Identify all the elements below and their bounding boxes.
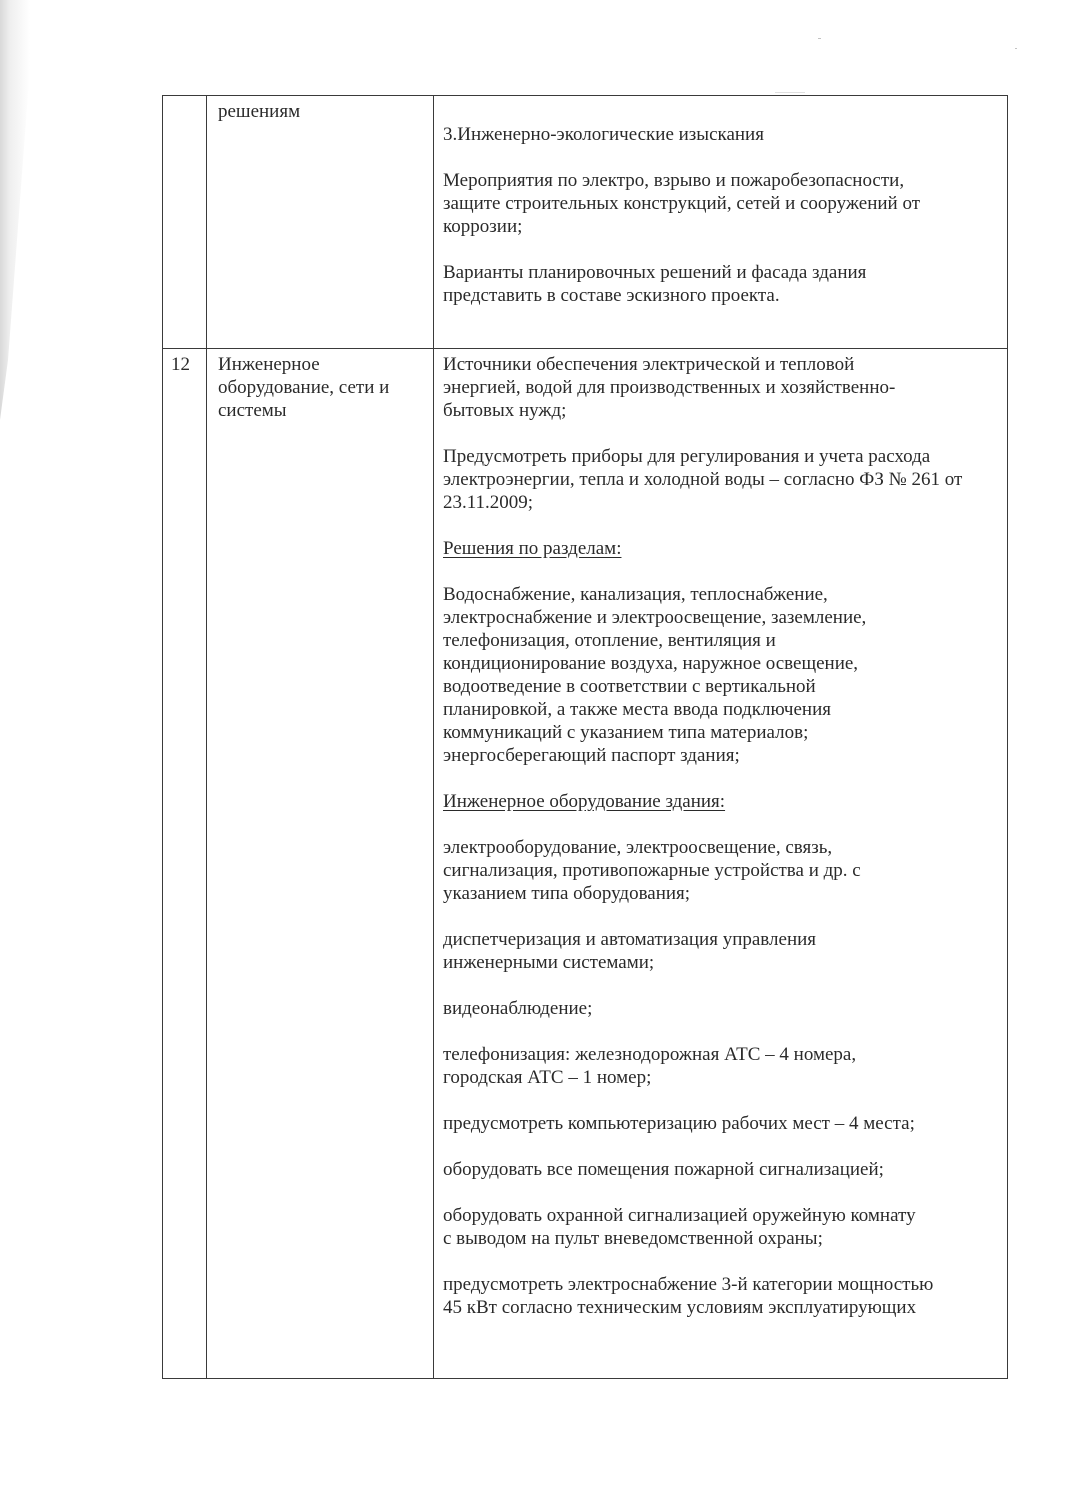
paragraph-gap	[443, 100, 999, 123]
paragraph: оборудовать все помещения пожарной сигна…	[443, 1158, 999, 1181]
paragraph-gap	[443, 238, 999, 261]
text-line: бытовых нужд;	[443, 399, 999, 422]
text-line: Варианты планировочных решений и фасада …	[443, 261, 999, 284]
text-line: электрооборудование, электроосвещение, с…	[443, 836, 999, 859]
section-heading: Решения по разделам:	[443, 537, 999, 560]
text-line: электроэнергии, тепла и холодной воды – …	[443, 468, 999, 491]
paragraph: Мероприятия по электро, взрыво и пожароб…	[443, 169, 999, 238]
paragraph: Предусмотреть приборы для регулирования …	[443, 445, 999, 514]
paragraph-gap	[443, 813, 999, 836]
text-line: 3.Инженерно-экологические изыскания	[443, 123, 999, 146]
scan-speck	[818, 38, 821, 39]
text-line: Предусмотреть приборы для регулирования …	[443, 445, 999, 468]
text-line: оборудование, сети и	[218, 376, 425, 399]
row-name-text: Инженерноеоборудование, сети исистемы	[218, 353, 425, 422]
paragraph-gap	[443, 1250, 999, 1273]
paragraph: предусмотреть компьютеризацию рабочих ме…	[443, 1112, 999, 1135]
paragraph: Водоснабжение, канализация, теплоснабжен…	[443, 583, 999, 767]
text-line: диспетчеризация и автоматизация управлен…	[443, 928, 999, 951]
text-line: представить в составе эскизного проекта.	[443, 284, 999, 307]
scan-speck	[1015, 48, 1017, 49]
text-line: коррозии;	[443, 215, 999, 238]
text-line: кондиционирование воздуха, наружное осве…	[443, 652, 999, 675]
requirements-table: решениям 3.Инженерно-экологические изыск…	[162, 95, 1008, 1379]
paragraph: оборудовать охранной сигнализацией оруже…	[443, 1204, 999, 1250]
text-line: Инженерное	[218, 353, 425, 376]
paragraph: Варианты планировочных решений и фасада …	[443, 261, 999, 307]
row-number-cell: 12	[163, 349, 207, 1379]
paragraph-gap	[443, 514, 999, 537]
text-line: Водоснабжение, канализация, теплоснабжен…	[443, 583, 999, 606]
row-description-cell: 3.Инженерно-экологические изысканияМероп…	[434, 96, 1008, 349]
text-line: системы	[218, 399, 425, 422]
row-name-cell: Инженерноеоборудование, сети исистемы	[207, 349, 434, 1379]
text-line: телефонизация, отопление, вентиляция и	[443, 629, 999, 652]
row-number-cell	[163, 96, 207, 349]
paragraph-gap	[443, 905, 999, 928]
paragraph-gap	[443, 974, 999, 997]
text-line: планировкой, а также места ввода подключ…	[443, 698, 999, 721]
text-line: указанием типа оборудования;	[443, 882, 999, 905]
paragraph: предусмотреть электроснабжение 3-й катег…	[443, 1273, 999, 1319]
row-name-cell: решениям	[207, 96, 434, 349]
paragraph-gap	[443, 560, 999, 583]
text-line: Источники обеспечения электрической и те…	[443, 353, 999, 376]
text-line: сигнализация, противопожарные устройства…	[443, 859, 999, 882]
paragraph: 3.Инженерно-экологические изыскания	[443, 123, 999, 146]
text-line: телефонизация: железнодорожная АТС – 4 н…	[443, 1043, 999, 1066]
text-line: Мероприятия по электро, взрыво и пожароб…	[443, 169, 999, 192]
paragraph-gap	[443, 767, 999, 790]
text-line: защите строительных конструкций, сетей и…	[443, 192, 999, 215]
paragraph: диспетчеризация и автоматизация управлен…	[443, 928, 999, 974]
section-heading: Инженерное оборудование здания:	[443, 790, 999, 813]
paragraph: электрооборудование, электроосвещение, с…	[443, 836, 999, 905]
paragraph-gap	[443, 146, 999, 169]
text-line: городская АТС – 1 номер;	[443, 1066, 999, 1089]
scan-speck	[775, 92, 805, 93]
text-line: с выводом на пульт вневедомственной охра…	[443, 1227, 999, 1250]
description-body: 3.Инженерно-экологические изысканияМероп…	[443, 100, 999, 307]
text-line: Решения по разделам:	[443, 537, 999, 560]
row-description-cell: Источники обеспечения электрической и те…	[434, 349, 1008, 1379]
text-line: Инженерное оборудование здания:	[443, 790, 999, 813]
paragraph-gap	[443, 1089, 999, 1112]
text-line: оборудовать все помещения пожарной сигна…	[443, 1158, 999, 1181]
text-line: предусмотреть компьютеризацию рабочих ме…	[443, 1112, 999, 1135]
paragraph-gap	[443, 1181, 999, 1204]
text-line: водоотведение в соответствии с вертикаль…	[443, 675, 999, 698]
text-line: предусмотреть электроснабжение 3-й катег…	[443, 1273, 999, 1296]
text-line: энергией, водой для производственных и х…	[443, 376, 999, 399]
paragraph-gap	[443, 422, 999, 445]
paragraph-gap	[443, 1020, 999, 1043]
text-line: видеонаблюдение;	[443, 997, 999, 1020]
text-line: электроснабжение и электроосвещение, заз…	[443, 606, 999, 629]
text-line: коммуникаций с указанием типа материалов…	[443, 721, 999, 744]
text-line: оборудовать охранной сигнализацией оруже…	[443, 1204, 999, 1227]
paragraph: Источники обеспечения электрической и те…	[443, 353, 999, 422]
paragraph: телефонизация: железнодорожная АТС – 4 н…	[443, 1043, 999, 1089]
description-body: Источники обеспечения электрической и те…	[443, 353, 999, 1319]
paragraph: видеонаблюдение;	[443, 997, 999, 1020]
table-row-12: 12 Инженерноеоборудование, сети исистемы…	[163, 349, 1008, 1379]
text-line: 23.11.2009;	[443, 491, 999, 514]
text-line: энергосберегающий паспорт здания;	[443, 744, 999, 767]
text-line: 45 кВт согласно техническим условиям экс…	[443, 1296, 999, 1319]
table-row-continued: решениям 3.Инженерно-экологические изыск…	[163, 96, 1008, 349]
text-line: инженерными системами;	[443, 951, 999, 974]
paragraph-gap	[443, 1135, 999, 1158]
scan-edge-shadow	[0, 0, 40, 1500]
